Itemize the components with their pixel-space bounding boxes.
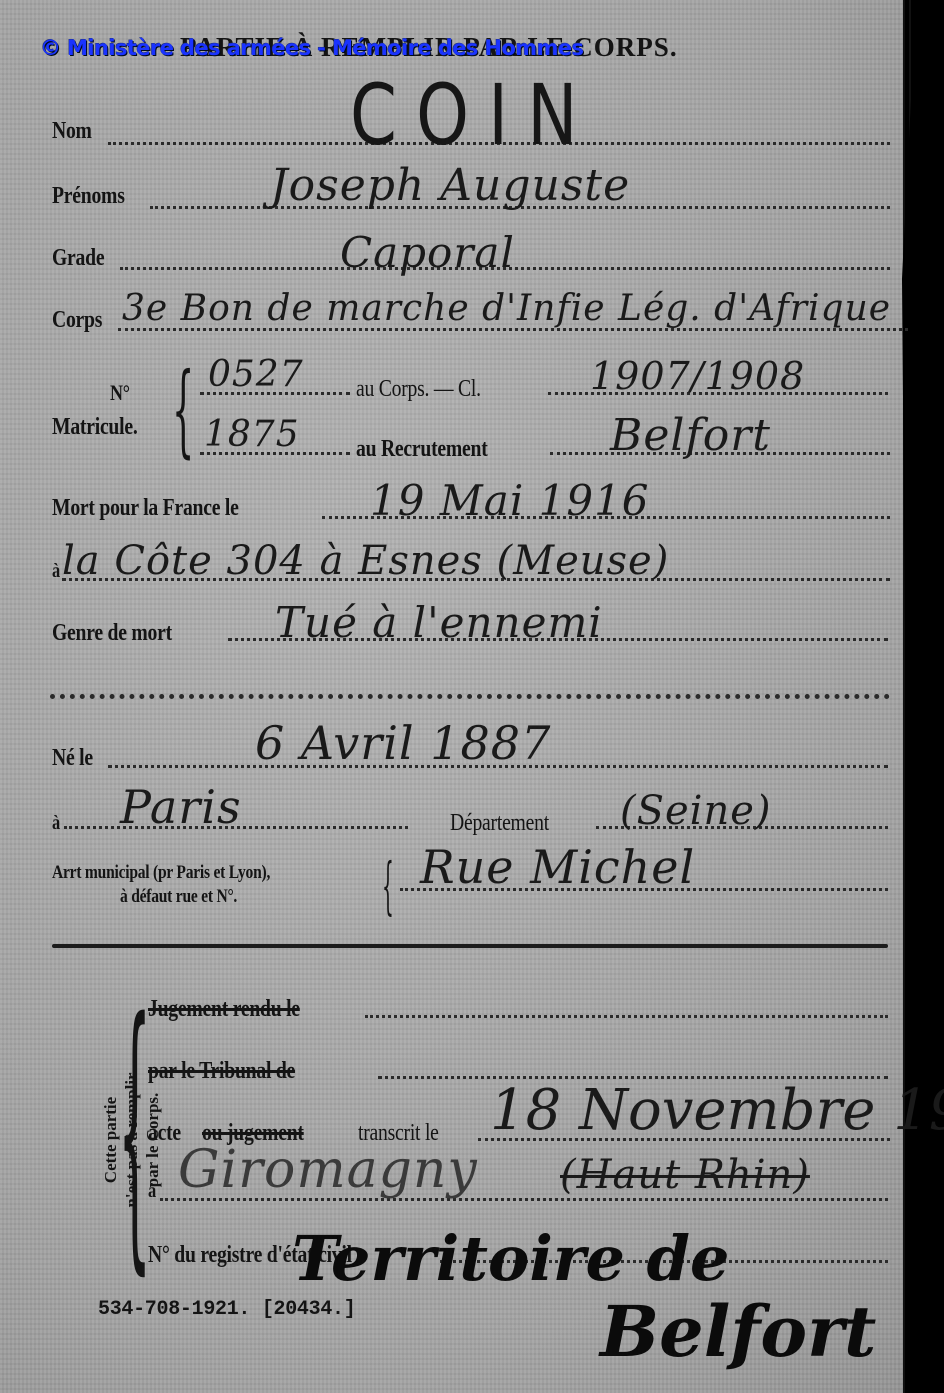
departement-value: (Seine) bbox=[620, 788, 772, 834]
genre-label: Genre de mort bbox=[52, 620, 172, 647]
transcription-lieu-struck: (Haut Rhin) bbox=[560, 1152, 810, 1198]
matricule-brace: { bbox=[172, 360, 194, 460]
recrutement-label: au Recrutement bbox=[356, 436, 488, 463]
footer-code: 534-708-1921. [20434.] bbox=[98, 1298, 355, 1321]
nom-value: COIN bbox=[350, 66, 597, 164]
naissance-lieu: Paris bbox=[120, 780, 242, 834]
naissance-lieu-label: à bbox=[52, 812, 60, 835]
page-border-line bbox=[903, 0, 905, 1393]
grade-label: Grade bbox=[52, 245, 104, 272]
au-corps-label: au Corps. — Cl. bbox=[356, 376, 481, 403]
arr-label-2: à défaut rue et N°. bbox=[120, 886, 237, 908]
section-divider bbox=[52, 944, 888, 948]
au-corps-value: 0527 bbox=[208, 354, 304, 395]
mort-lieu: la Côte 304 à Esnes (Meuse) bbox=[62, 538, 669, 584]
arr-label-1: Arrt municipal (pr Paris et Lyon), bbox=[52, 862, 270, 884]
matricule-label: Matricule. bbox=[52, 414, 138, 441]
genre-value: Tué à l'ennemi bbox=[275, 598, 603, 647]
jugement-line bbox=[365, 1015, 888, 1018]
jugement-label: Jugement rendu le bbox=[148, 996, 300, 1023]
prenoms-label: Prénoms bbox=[52, 183, 125, 210]
mort-lieu-label: à bbox=[52, 560, 60, 583]
recrutement-place: Belfort bbox=[610, 410, 771, 461]
naissance-label: Né le bbox=[52, 745, 93, 772]
arr-brace: { bbox=[382, 855, 394, 917]
recrutement-value: 1875 bbox=[204, 414, 300, 455]
copyright-watermark: © Ministère des armées - Mémoire des Hom… bbox=[40, 36, 583, 60]
annotation-territoire: Territoire de bbox=[292, 1222, 729, 1295]
departement-label: Département bbox=[450, 810, 549, 837]
arr-value: Rue Michel bbox=[420, 840, 695, 894]
mort-date: 19 Mai 1916 bbox=[370, 476, 650, 525]
acte-label: acte bbox=[148, 1120, 181, 1147]
nom-label: Nom bbox=[52, 118, 92, 145]
corps-value: 3e Bon de marche d'Infie Lég. d'Afrique bbox=[122, 288, 891, 329]
transcrit-date: 18 Novembre 1916 bbox=[490, 1078, 944, 1143]
matricule-no-label: N° bbox=[110, 380, 130, 406]
classe-value: 1907/1908 bbox=[590, 354, 805, 398]
separator-dotted bbox=[50, 694, 890, 699]
mort-label: Mort pour la France le bbox=[52, 495, 239, 522]
side-brace: { bbox=[118, 986, 151, 1276]
annotation-belfort: Belfort bbox=[600, 1290, 876, 1373]
prenoms-value: Joseph Auguste bbox=[270, 160, 630, 211]
tribunal-label: par le Tribunal de bbox=[148, 1058, 295, 1085]
corps-label: Corps bbox=[52, 307, 102, 334]
transcription-lieu-label: à bbox=[148, 1180, 156, 1203]
transcription-lieu: Giromagny bbox=[178, 1140, 478, 1200]
naissance-date: 6 Avril 1887 bbox=[255, 716, 551, 770]
grade-value: Caporal bbox=[340, 228, 515, 277]
